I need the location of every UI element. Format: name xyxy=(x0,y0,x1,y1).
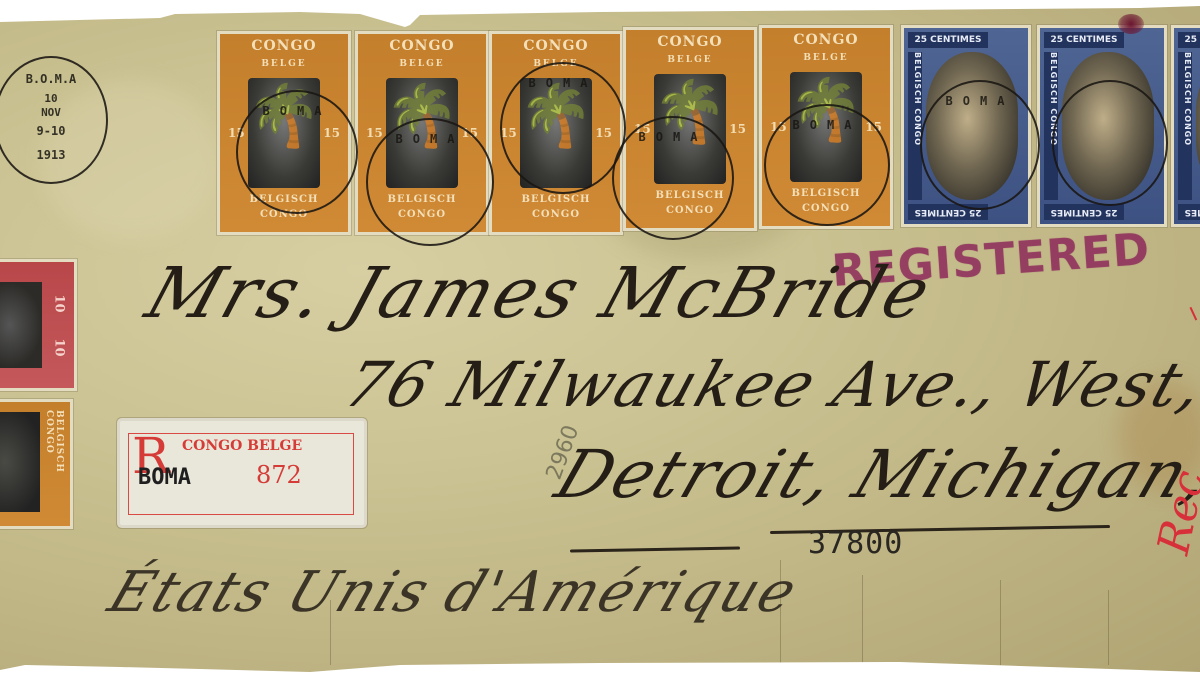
registration-label: R CONGO BELGE BOMA 872 xyxy=(120,421,364,525)
postmark-boma: BOMA xyxy=(764,104,890,226)
stamped-number: 37800 xyxy=(808,526,903,561)
stamp-top-band: CONGOBELGE xyxy=(768,32,884,68)
address-city: Detroit, Michigan, xyxy=(546,436,1200,513)
stamp-top-band: CONGOBELGE xyxy=(632,34,748,70)
registration-country: CONGO BELGE xyxy=(182,438,302,454)
crease xyxy=(1108,590,1109,665)
postmark-boma: BOMA xyxy=(920,80,1040,210)
address-country: États Unis d'Amérique xyxy=(100,560,807,625)
stamp-vignette xyxy=(0,282,42,368)
postmark-boma: BOMA xyxy=(366,118,494,246)
postmark-boma xyxy=(1052,80,1168,206)
address-recipient: Mrs. James McBride xyxy=(137,252,943,334)
stamp-red-10c: 10 10 xyxy=(0,262,74,388)
registration-number: 872 xyxy=(256,461,302,489)
stamp-orange-partial: BELGISCH CONGO xyxy=(0,402,70,526)
registration-city: BOMA xyxy=(138,465,191,490)
stamp-top-band: CONGOBELGE xyxy=(226,38,342,74)
postmark-boma: BOMA xyxy=(500,62,626,194)
stamp-blue-25c: 25 CENTIMESBELGISCH CONGO25 CENTIMES xyxy=(1174,28,1200,224)
stamp-bottom-band: BELGISCHCONGO xyxy=(498,192,614,228)
stamp-portrait xyxy=(1196,52,1200,200)
stamp-top-band: CONGOBELGE xyxy=(364,38,480,74)
stamp-vignette xyxy=(0,412,40,512)
postmark-boma: BOMA xyxy=(612,116,734,240)
crease xyxy=(1000,580,1001,665)
address-street: 76 Milwaukee Ave., West, xyxy=(336,348,1200,421)
ink-blot xyxy=(1118,14,1144,34)
crease xyxy=(862,575,863,665)
postmark-boma: BOMA xyxy=(236,90,358,214)
